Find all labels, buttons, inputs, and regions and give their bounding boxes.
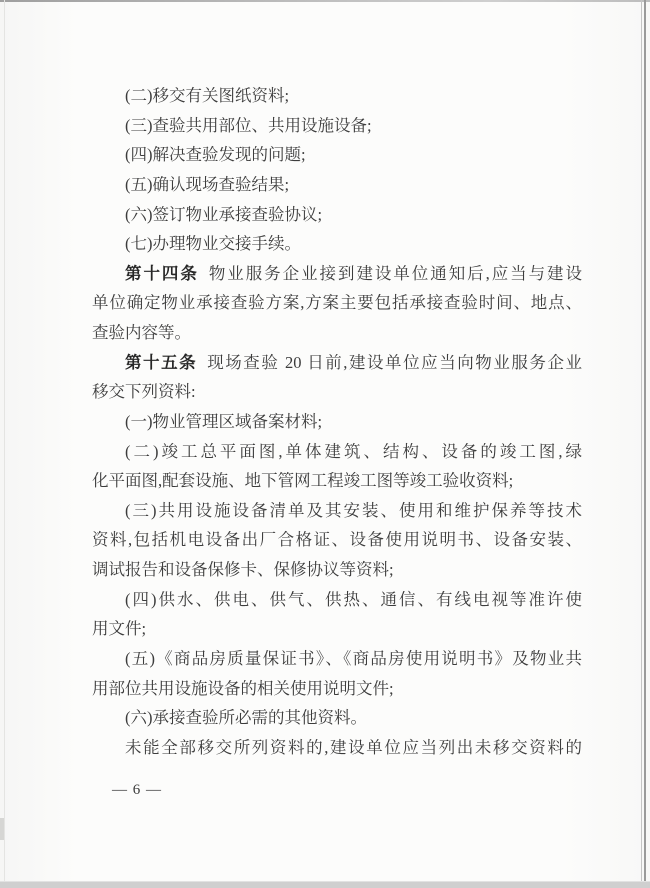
text-line: 用部位共用设施设备的相关使用说明文件;	[92, 674, 582, 704]
line-text: 未能全部移交所列资料的,建设单位应当列出未移交资料的	[125, 738, 582, 757]
document-body: (二)移交有关图纸资料; (三)查验共用部位、共用设施设备; (四)解决查验发现…	[92, 81, 582, 762]
text-line: 调试报告和设备保修卡、保修协议等资料;	[92, 555, 582, 585]
line-text: (六)承接查验所必需的其他资料。	[125, 708, 367, 727]
text-line: (三)查验共用部位、共用设施设备;	[92, 111, 582, 141]
text-line: (四)解决查验发现的问题;	[92, 140, 582, 170]
line-text: (六)签订物业承接查验协议;	[125, 205, 322, 224]
text-line: 化平面图,配套设施、地下管网工程竣工图等竣工验收资料;	[92, 466, 582, 496]
text-line: (六)签订物业承接查验协议;	[92, 200, 582, 230]
scan-edge-top	[0, 0, 650, 2]
scan-mark-left	[0, 818, 4, 840]
scan-edge-left	[4, 0, 5, 888]
line-text: 查验内容等。	[92, 323, 191, 342]
line-text: 资料,包括机电设备出厂合格证、设备使用说明书、设备安装、	[92, 530, 582, 549]
text-line: (五)确认现场查验结果;	[92, 170, 582, 200]
article-number: 第十四条	[125, 264, 199, 283]
scan-edge-bottom	[0, 881, 650, 888]
text-line: (一)物业管理区域备案材料;	[92, 407, 582, 437]
article-number: 第十五条	[125, 353, 197, 372]
line-text: 现场查验 20 日前,建设单位应当向物业服务企业	[207, 353, 582, 372]
text-line: (五)《商品房质量保证书》、《商品房使用说明书》及物业共	[92, 644, 582, 674]
line-text: (四)供水、供电、供气、供热、通信、有线电视等准许使	[125, 590, 582, 609]
text-line: 未能全部移交所列资料的,建设单位应当列出未移交资料的	[92, 733, 582, 763]
line-text: 单位确定物业承接查验方案,方案主要包括承接查验时间、地点、	[92, 293, 582, 312]
line-text: (三)共用设施设备清单及其安装、使用和维护保养等技术	[125, 501, 582, 520]
line-text: (五)《商品房质量保证书》、《商品房使用说明书》及物业共	[125, 649, 582, 668]
line-text: 移交下列资料:	[92, 382, 196, 401]
scan-edge-right	[644, 0, 646, 888]
line-text: (二)移交有关图纸资料;	[125, 86, 289, 105]
line-text: (二)竣工总平面图,单体建筑、结构、设备的竣工图,绿	[125, 442, 582, 461]
text-line: (二)移交有关图纸资料;	[92, 81, 582, 111]
line-text: 物业服务企业接到建设单位通知后,应当与建设	[209, 264, 582, 283]
line-text: (五)确认现场查验结果;	[125, 175, 289, 194]
text-line: 单位确定物业承接查验方案,方案主要包括承接查验时间、地点、	[92, 288, 582, 318]
text-line: 资料,包括机电设备出厂合格证、设备使用说明书、设备安装、	[92, 525, 582, 555]
text-line: (四)供水、供电、供气、供热、通信、有线电视等准许使	[92, 585, 582, 615]
line-text: 用文件;	[92, 619, 146, 638]
text-line: (七)办理物业交接手续。	[92, 229, 582, 259]
page-number: — 6 —	[112, 778, 162, 802]
line-text: 用部位共用设施设备的相关使用说明文件;	[92, 679, 394, 698]
text-line: (六)承接查验所必需的其他资料。	[92, 703, 582, 733]
line-text: (三)查验共用部位、共用设施设备;	[125, 116, 372, 135]
text-line: 第十五条现场查验 20 日前,建设单位应当向物业服务企业	[92, 348, 582, 378]
text-line: 移交下列资料:	[92, 377, 582, 407]
text-line: 用文件;	[92, 614, 582, 644]
text-line: (三)共用设施设备清单及其安装、使用和维护保养等技术	[92, 496, 582, 526]
line-text: 化平面图,配套设施、地下管网工程竣工图等竣工验收资料;	[92, 471, 513, 490]
line-text: (四)解决查验发现的问题;	[125, 145, 306, 164]
document-page: (二)移交有关图纸资料; (三)查验共用部位、共用设施设备; (四)解决查验发现…	[0, 0, 650, 888]
line-text: 调试报告和设备保修卡、保修协议等资料;	[92, 560, 394, 579]
line-text: (七)办理物业交接手续。	[125, 234, 301, 253]
text-line: (二)竣工总平面图,单体建筑、结构、设备的竣工图,绿	[92, 437, 582, 467]
text-line: 查验内容等。	[92, 318, 582, 348]
text-line: 第十四条物业服务企业接到建设单位通知后,应当与建设	[92, 259, 582, 289]
scan-edge-right-outer	[641, 0, 642, 888]
line-text: (一)物业管理区域备案材料;	[125, 412, 322, 431]
